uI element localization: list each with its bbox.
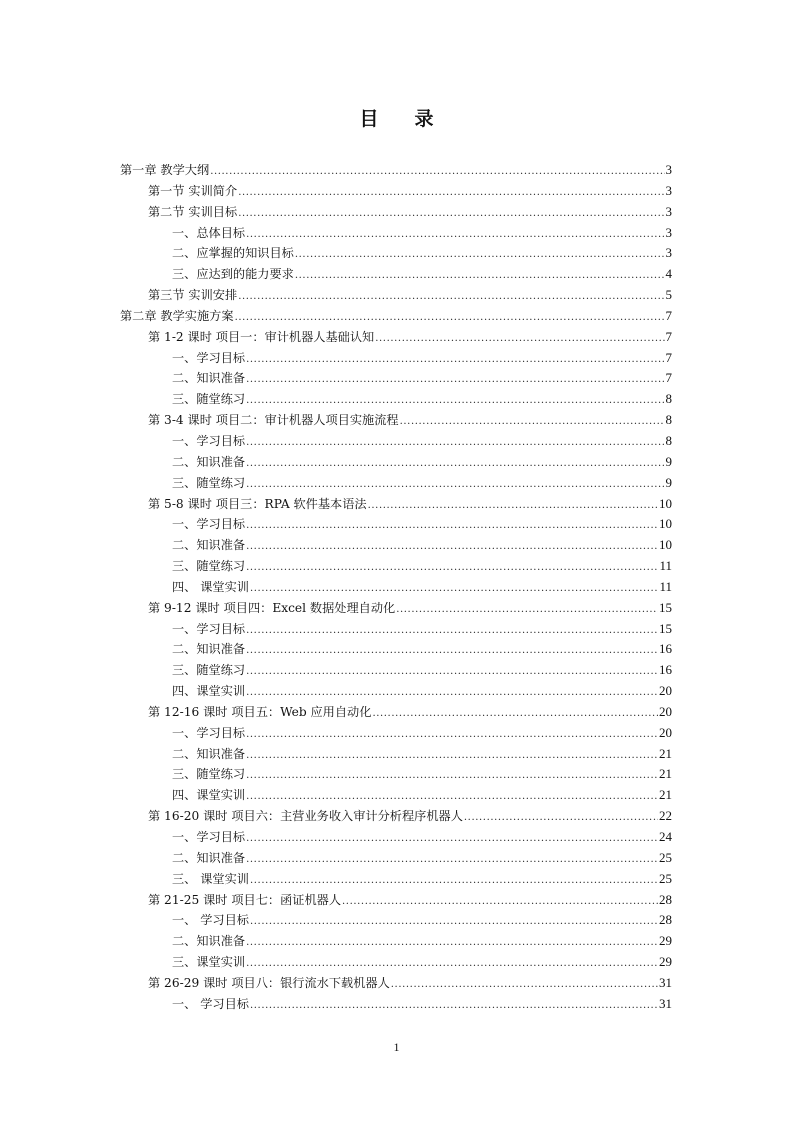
dot-leader xyxy=(391,975,658,996)
dot-leader xyxy=(246,954,658,975)
toc-entry[interactable]: 第 26-29 课时 项目八：银行流水下载机器人31 xyxy=(120,973,672,994)
toc-entry[interactable]: 二、应掌握的知识目标3 xyxy=(120,243,672,264)
toc-entry-label: 二、知识准备 xyxy=(172,848,245,869)
toc-entry-page: 21 xyxy=(659,764,672,785)
table-of-contents: 第一章 教学大纲3第一节 实训简介3第二节 实训目标3一、总体目标3二、应掌握的… xyxy=(120,160,672,1015)
toc-entry[interactable]: 一、 学习目标28 xyxy=(120,910,672,931)
toc-entry-page: 3 xyxy=(666,181,673,202)
toc-entry-page: 20 xyxy=(659,702,672,723)
dot-leader xyxy=(295,245,665,266)
dot-leader xyxy=(246,433,664,454)
toc-entry-page: 15 xyxy=(659,598,672,619)
dot-leader xyxy=(250,912,658,933)
dot-leader xyxy=(250,579,658,600)
toc-entry-label: 三、随堂练习 xyxy=(172,660,245,681)
toc-entry[interactable]: 二、知识准备25 xyxy=(120,848,672,869)
toc-entry[interactable]: 二、知识准备29 xyxy=(120,931,672,952)
dot-leader xyxy=(246,537,658,558)
toc-entry-page: 28 xyxy=(659,890,672,911)
dot-leader xyxy=(246,621,658,642)
dot-leader xyxy=(238,204,664,225)
toc-entry-page: 31 xyxy=(659,973,672,994)
toc-entry-label: 四、 课堂实训 xyxy=(172,577,249,598)
toc-entry-label: 第 16-20 课时 项目六：主营业务收入审计分析程序机器人 xyxy=(148,806,463,827)
toc-entry[interactable]: 三、随堂练习21 xyxy=(120,764,672,785)
toc-entry-label: 第二节 实训目标 xyxy=(148,202,237,223)
toc-entry-label: 二、知识准备 xyxy=(172,535,245,556)
toc-entry-page: 25 xyxy=(659,869,672,890)
dot-leader xyxy=(250,996,658,1017)
dot-leader xyxy=(246,225,664,246)
dot-leader xyxy=(464,808,658,829)
toc-entry[interactable]: 二、知识准备21 xyxy=(120,744,672,765)
toc-entry-label: 第三节 实训安排 xyxy=(148,285,237,306)
toc-entry[interactable]: 第三节 实训安排5 xyxy=(120,285,672,306)
dot-leader xyxy=(368,496,658,517)
dot-leader xyxy=(246,475,664,496)
toc-entry-page: 11 xyxy=(659,556,672,577)
toc-entry[interactable]: 第 9-12 课时 项目四：Excel 数据处理自动化15 xyxy=(120,598,672,619)
page-title: 目录 xyxy=(0,104,793,131)
toc-entry-label: 二、知识准备 xyxy=(172,639,245,660)
dot-leader xyxy=(295,266,665,287)
toc-entry-page: 4 xyxy=(666,264,673,285)
toc-entry-label: 第 1-2 课时 项目一：审计机器人基础认知 xyxy=(148,327,374,348)
toc-entry-page: 8 xyxy=(666,389,673,410)
dot-leader xyxy=(246,454,664,475)
toc-entry-label: 四、课堂实训 xyxy=(172,681,245,702)
toc-entry[interactable]: 第二节 实训目标3 xyxy=(120,202,672,223)
toc-entry-page: 5 xyxy=(666,285,673,306)
toc-entry-label: 第二章 教学实施方案 xyxy=(120,306,234,327)
toc-entry-page: 7 xyxy=(666,348,673,369)
toc-entry-label: 一、学习目标 xyxy=(172,514,245,535)
toc-entry[interactable]: 第一章 教学大纲3 xyxy=(120,160,672,181)
toc-entry-page: 29 xyxy=(659,931,672,952)
dot-leader xyxy=(246,933,658,954)
toc-entry-label: 一、学习目标 xyxy=(172,431,245,452)
toc-entry[interactable]: 一、 学习目标31 xyxy=(120,994,672,1015)
dot-leader xyxy=(246,370,664,391)
toc-entry-page: 9 xyxy=(666,473,673,494)
toc-entry[interactable]: 四、课堂实训21 xyxy=(120,785,672,806)
toc-entry-label: 一、学习目标 xyxy=(172,723,245,744)
toc-entry-page: 16 xyxy=(659,660,672,681)
toc-entry-page: 3 xyxy=(666,243,673,264)
toc-entry-page: 31 xyxy=(659,994,672,1015)
toc-entry-page: 7 xyxy=(666,368,673,389)
toc-entry[interactable]: 三、随堂练习8 xyxy=(120,389,672,410)
toc-entry-label: 一、 学习目标 xyxy=(172,910,249,931)
toc-entry[interactable]: 第 21-25 课时 项目七：函证机器人28 xyxy=(120,890,672,911)
toc-entry-label: 三、随堂练习 xyxy=(172,473,245,494)
toc-entry[interactable]: 一、学习目标15 xyxy=(120,619,672,640)
dot-leader xyxy=(396,600,658,621)
toc-entry-label: 三、随堂练习 xyxy=(172,556,245,577)
toc-entry[interactable]: 三、随堂练习11 xyxy=(120,556,672,577)
toc-entry[interactable]: 第一节 实训简介3 xyxy=(120,181,672,202)
page-number: 1 xyxy=(0,1040,793,1055)
dot-leader xyxy=(250,871,658,892)
toc-entry[interactable]: 三、应达到的能力要求4 xyxy=(120,264,672,285)
dot-leader xyxy=(246,641,658,662)
title-char-1: 目 xyxy=(359,104,378,131)
toc-entry-label: 第 26-29 课时 项目八：银行流水下载机器人 xyxy=(148,973,390,994)
title-char-2: 录 xyxy=(415,104,434,131)
toc-entry[interactable]: 三、 课堂实训25 xyxy=(120,869,672,890)
toc-entry-page: 3 xyxy=(666,160,673,181)
toc-entry-page: 25 xyxy=(659,848,672,869)
toc-entry-label: 二、知识准备 xyxy=(172,368,245,389)
toc-entry[interactable]: 三、随堂练习16 xyxy=(120,660,672,681)
toc-entry-page: 9 xyxy=(666,452,673,473)
toc-entry[interactable]: 一、学习目标24 xyxy=(120,827,672,848)
toc-entry-label: 第一章 教学大纲 xyxy=(120,160,209,181)
toc-entry[interactable]: 第 12-16 课时 项目五：Web 应用自动化20 xyxy=(120,702,672,723)
toc-entry-page: 7 xyxy=(666,327,673,348)
toc-entry[interactable]: 二、知识准备9 xyxy=(120,452,672,473)
toc-entry[interactable]: 四、 课堂实训11 xyxy=(120,577,672,598)
toc-entry[interactable]: 第二章 教学实施方案7 xyxy=(120,306,672,327)
dot-leader xyxy=(246,662,658,683)
toc-entry-label: 三、课堂实训 xyxy=(172,952,245,973)
toc-entry-label: 四、课堂实训 xyxy=(172,785,245,806)
dot-leader xyxy=(246,850,658,871)
toc-entry-page: 10 xyxy=(659,514,672,535)
toc-entry-label: 第一节 实训简介 xyxy=(148,181,237,202)
toc-entry-label: 一、 学习目标 xyxy=(172,994,249,1015)
dot-leader xyxy=(235,308,665,329)
toc-entry-label: 第 21-25 课时 项目七：函证机器人 xyxy=(148,890,341,911)
toc-entry[interactable]: 第 3-4 课时 项目二：审计机器人项目实施流程8 xyxy=(120,410,672,431)
toc-entry[interactable]: 一、总体目标3 xyxy=(120,223,672,244)
toc-entry-page: 29 xyxy=(659,952,672,973)
toc-entry-page: 15 xyxy=(659,619,672,640)
toc-entry-page: 28 xyxy=(659,910,672,931)
toc-entry-label: 第 9-12 课时 项目四：Excel 数据处理自动化 xyxy=(148,598,395,619)
toc-entry-page: 10 xyxy=(659,535,672,556)
dot-leader xyxy=(246,787,658,808)
toc-entry-page: 3 xyxy=(666,202,673,223)
toc-entry[interactable]: 四、课堂实训20 xyxy=(120,681,672,702)
toc-entry-page: 21 xyxy=(659,744,672,765)
dot-leader xyxy=(372,704,658,725)
dot-leader xyxy=(246,391,664,412)
toc-entry-page: 20 xyxy=(659,681,672,702)
toc-entry-label: 第 12-16 课时 项目五：Web 应用自动化 xyxy=(148,702,371,723)
dot-leader xyxy=(400,412,665,433)
toc-entry[interactable]: 一、学习目标7 xyxy=(120,348,672,369)
toc-entry-label: 一、学习目标 xyxy=(172,827,245,848)
dot-leader xyxy=(375,329,664,350)
dot-leader xyxy=(238,287,664,308)
toc-entry-page: 10 xyxy=(659,494,672,515)
toc-entry-label: 第 5-8 课时 项目三：RPA 软件基本语法 xyxy=(148,494,367,515)
toc-entry-page: 11 xyxy=(659,577,672,598)
toc-entry[interactable]: 二、知识准备16 xyxy=(120,639,672,660)
toc-entry-page: 22 xyxy=(659,806,672,827)
toc-entry[interactable]: 一、学习目标20 xyxy=(120,723,672,744)
dot-leader xyxy=(246,683,658,704)
toc-entry-label: 三、 课堂实训 xyxy=(172,869,249,890)
toc-entry[interactable]: 三、课堂实训29 xyxy=(120,952,672,973)
toc-entry-label: 二、应掌握的知识目标 xyxy=(172,243,294,264)
dot-leader xyxy=(246,746,658,767)
toc-entry-label: 三、随堂练习 xyxy=(172,389,245,410)
toc-entry-page: 8 xyxy=(666,410,673,431)
toc-entry-label: 二、知识准备 xyxy=(172,452,245,473)
toc-entry-label: 二、知识准备 xyxy=(172,931,245,952)
toc-entry-page: 7 xyxy=(666,306,673,327)
dot-leader xyxy=(246,350,664,371)
toc-entry[interactable]: 二、知识准备7 xyxy=(120,368,672,389)
dot-leader xyxy=(210,162,664,183)
toc-entry-page: 24 xyxy=(659,827,672,848)
dot-leader xyxy=(246,766,658,787)
toc-entry[interactable]: 第 5-8 课时 项目三：RPA 软件基本语法10 xyxy=(120,494,672,515)
toc-entry[interactable]: 第 1-2 课时 项目一：审计机器人基础认知7 xyxy=(120,327,672,348)
dot-leader xyxy=(246,829,658,850)
toc-entry-page: 16 xyxy=(659,639,672,660)
dot-leader xyxy=(246,558,658,579)
toc-entry-label: 第 3-4 课时 项目二：审计机器人项目实施流程 xyxy=(148,410,399,431)
toc-entry[interactable]: 二、知识准备10 xyxy=(120,535,672,556)
toc-entry-page: 21 xyxy=(659,785,672,806)
toc-entry[interactable]: 第 16-20 课时 项目六：主营业务收入审计分析程序机器人22 xyxy=(120,806,672,827)
toc-entry-label: 一、总体目标 xyxy=(172,223,245,244)
toc-entry-page: 3 xyxy=(666,223,673,244)
toc-entry-label: 三、随堂练习 xyxy=(172,764,245,785)
toc-entry[interactable]: 一、学习目标8 xyxy=(120,431,672,452)
toc-entry[interactable]: 一、学习目标10 xyxy=(120,514,672,535)
toc-entry-page: 20 xyxy=(659,723,672,744)
toc-entry-label: 二、知识准备 xyxy=(172,744,245,765)
toc-entry-label: 一、学习目标 xyxy=(172,619,245,640)
dot-leader xyxy=(342,892,658,913)
toc-entry-label: 三、应达到的能力要求 xyxy=(172,264,294,285)
toc-entry-page: 8 xyxy=(666,431,673,452)
toc-entry-label: 一、学习目标 xyxy=(172,348,245,369)
dot-leader xyxy=(238,183,664,204)
toc-entry[interactable]: 三、随堂练习9 xyxy=(120,473,672,494)
dot-leader xyxy=(246,725,658,746)
dot-leader xyxy=(246,516,658,537)
